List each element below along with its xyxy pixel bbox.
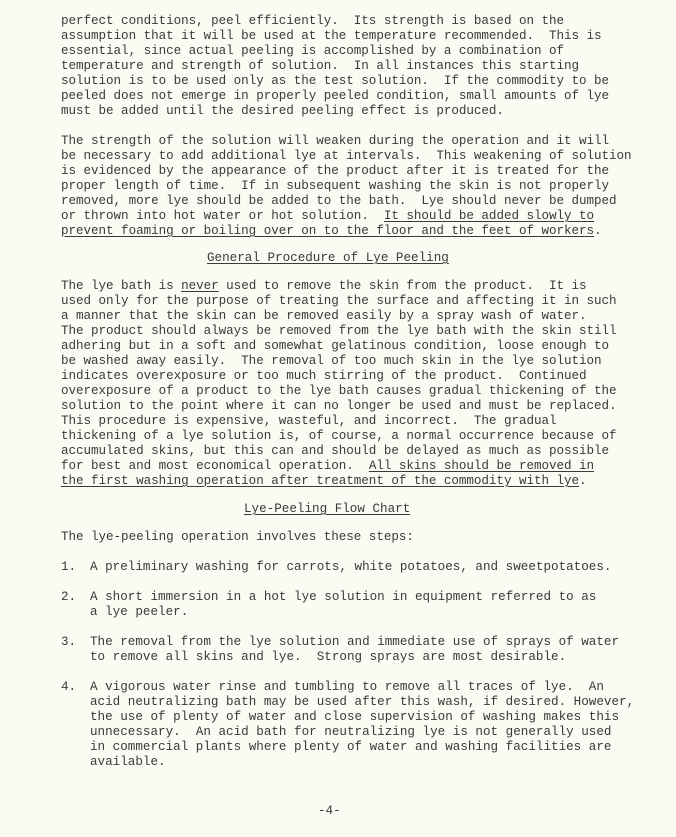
text-line: be necessary to add additional lye at in…	[61, 149, 632, 163]
step-number: 2.	[61, 590, 76, 604]
text-line: temperature and strength of solution. In…	[61, 59, 579, 73]
step-text: a lye peeler.	[90, 605, 188, 619]
step-text: acid neutralizing bath may be used after…	[90, 695, 634, 709]
steps-intro: The lye-peeling operation involves these…	[61, 530, 414, 544]
text-line: is evidenced by the appearance of the pr…	[61, 164, 609, 178]
text-line: The lye bath is never used to remove the…	[61, 279, 587, 293]
text-line: removed, more lye should be added to the…	[61, 194, 617, 208]
step-text: A preliminary washing for carrots, white…	[90, 560, 611, 574]
text-line: must be added until the desired peeling …	[61, 104, 504, 118]
text-line: be washed away easily. The removal of to…	[61, 354, 602, 368]
text-line: used only for the purpose of treating th…	[61, 294, 617, 308]
step-text: unnecessary. An acid bath for neutralizi…	[90, 725, 611, 739]
plain-text: .	[594, 224, 602, 238]
text-line: accumulated skins, but this can and shou…	[61, 444, 609, 458]
step-text: A short immersion in a hot lye solution …	[90, 590, 596, 604]
underlined-warning: It should be added slowly to	[384, 209, 594, 223]
text-line: This procedure is expensive, wasteful, a…	[61, 414, 557, 428]
text-line: prevent foaming or boiling over on to th…	[61, 224, 602, 238]
text-line: overexposure of a product to the lye bat…	[61, 384, 617, 398]
text-line: The strength of the solution will weaken…	[61, 134, 609, 148]
text-line: a manner that the skin can be removed ea…	[61, 309, 587, 323]
step-number: 1.	[61, 560, 76, 574]
underlined-instruction: the first washing operation after treatm…	[61, 474, 579, 488]
text-line: indicates overexposure or too much stirr…	[61, 369, 587, 383]
step-text: to remove all skins and lye. Strong spra…	[90, 650, 566, 664]
underlined-warning: prevent foaming or boiling over on to th…	[61, 224, 594, 238]
text-line: assumption that it will be used at the t…	[61, 29, 602, 43]
section-heading-flow-chart: Lye-Peeling Flow Chart	[244, 502, 410, 516]
plain-text: or thrown into hot water or hot solution…	[61, 209, 384, 223]
text-line: the first washing operation after treatm…	[61, 474, 587, 488]
step-text: available.	[90, 755, 166, 769]
page-number: -4-	[318, 804, 341, 818]
text-line: or thrown into hot water or hot solution…	[61, 209, 594, 223]
step-number: 3.	[61, 635, 76, 649]
text-line: essential, since actual peeling is accom…	[61, 44, 564, 58]
text-line: thickening of a lye solution is, of cour…	[61, 429, 617, 443]
text-line: adhering but in a soft and somewhat gela…	[61, 339, 609, 353]
text-line: peeled does not emerge in properly peele…	[61, 89, 609, 103]
step-text: in commercial plants where plenty of wat…	[90, 740, 611, 754]
step-text: The removal from the lye solution and im…	[90, 635, 619, 649]
text-line: for best and most economical operation. …	[61, 459, 594, 473]
text-line: solution is to be used only as the test …	[61, 74, 609, 88]
step-text: A vigorous water rinse and tumbling to r…	[90, 680, 604, 694]
plain-text: The lye bath is	[61, 279, 181, 293]
section-heading-general-procedure: General Procedure of Lye Peeling	[207, 251, 449, 265]
text-line: proper length of time. If in subsequent …	[61, 179, 609, 193]
plain-text: .	[579, 474, 587, 488]
underlined-instruction: All skins should be removed in	[369, 459, 594, 473]
plain-text: used to remove the skin from the product…	[219, 279, 587, 293]
underlined-emphasis: never	[181, 279, 219, 293]
text-line: solution to the point where it can no lo…	[61, 399, 617, 413]
text-line: The product should always be removed fro…	[61, 324, 617, 338]
step-number: 4.	[61, 680, 76, 694]
plain-text: for best and most economical operation.	[61, 459, 369, 473]
text-line: perfect conditions, peel efficiently. It…	[61, 14, 564, 28]
step-text: the use of plenty of water and close sup…	[90, 710, 619, 724]
